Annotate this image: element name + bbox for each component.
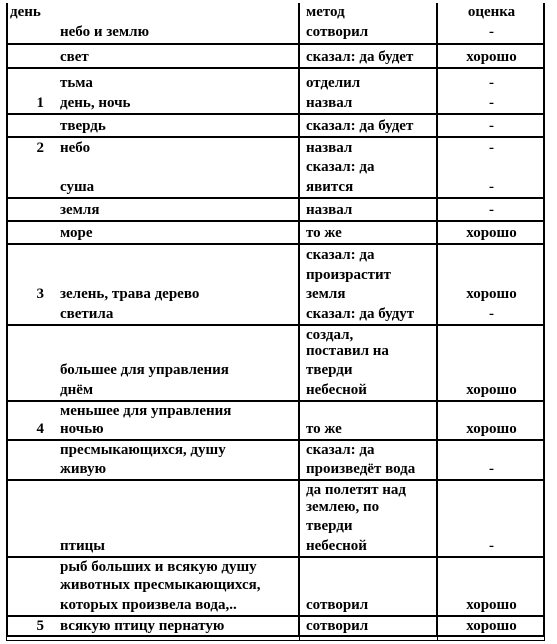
day-number: 4	[6, 420, 56, 440]
day-number: 3	[6, 285, 56, 305]
eval-cell: хорошо	[436, 45, 545, 67]
evaluation-mark: хорошо	[438, 617, 545, 637]
table-row: 4меньшее для управленияночьюто жехорошо	[6, 402, 545, 441]
creation-method: земля	[300, 285, 436, 305]
created-object: рыб больших и всякую душу	[56, 558, 298, 578]
obj-cell: тьмадень, ночь	[56, 69, 298, 113]
table-row: 1тьмадень, ночьотделилназвал--	[6, 69, 545, 115]
creation-method: то же	[300, 224, 436, 244]
day-cell	[6, 326, 56, 400]
creation-method: отделил	[300, 74, 436, 94]
day-number: 5	[6, 617, 56, 637]
day-cell	[6, 45, 56, 67]
eval-cell: хорошо	[436, 617, 545, 635]
evaluation-mark	[438, 576, 545, 596]
first-object-cell: небо и землю	[56, 3, 298, 43]
eval-cell: хорошо	[436, 222, 545, 243]
evaluation-mark: -	[438, 201, 545, 221]
creation-method: назвал	[300, 94, 436, 114]
creation-method: сотворил	[300, 596, 436, 616]
meth-cell: то же	[298, 222, 436, 243]
created-object: живую	[56, 460, 298, 480]
meth-cell: сказал: да будет	[298, 115, 436, 136]
created-object: небо и землю	[56, 23, 298, 43]
eval-cell: --	[436, 69, 545, 113]
creation-method: произрастит	[300, 266, 436, 286]
day-number: 1	[6, 94, 56, 114]
creation-method: поставил на	[300, 342, 436, 362]
created-object: земля	[56, 201, 298, 221]
table-row: 2небосушаназвалсказал: даявится--	[6, 138, 545, 199]
creation-method: сказал: да будут	[300, 305, 436, 325]
table-row: светсказал: да будетхорошо	[6, 45, 545, 69]
day-cell	[6, 199, 56, 220]
evaluation-mark: -	[438, 94, 545, 114]
obj-cell: меньшее для управленияночью	[56, 402, 298, 439]
creation-method: тверди	[300, 517, 436, 537]
eval-cell: -	[436, 199, 545, 220]
day-cell	[6, 222, 56, 243]
created-object: животных пресмыкающихся,	[56, 576, 298, 596]
created-object: птицы	[56, 537, 298, 557]
evaluation-mark: -	[438, 23, 545, 43]
evaluation-mark	[438, 517, 545, 537]
header-method: метод	[300, 3, 436, 23]
evaluation-mark: -	[438, 460, 545, 480]
evaluation-mark	[438, 558, 545, 578]
table-row: земляназвал-	[6, 199, 545, 222]
day-cell	[6, 558, 56, 615]
evaluation-mark: хорошо	[438, 596, 545, 616]
evaluation-mark	[438, 361, 545, 381]
eval-cell: --	[436, 138, 545, 197]
header-evaluation-cell: оценка -	[436, 3, 545, 43]
evaluation-mark: хорошо	[438, 285, 545, 305]
created-object: день, ночь	[56, 94, 298, 114]
eval-cell: хорошо	[436, 326, 545, 400]
header-method-cell: метод сотворил	[298, 3, 436, 43]
table-row: птицыда полетят надземлею, потвердинебес…	[6, 481, 545, 558]
obj-cell: земля	[56, 199, 298, 220]
meth-cell: сотворил	[298, 558, 436, 615]
created-object: пресмыкающихся, душу	[56, 441, 298, 461]
evaluation-mark	[438, 441, 545, 461]
meth-cell: да полетят надземлею, потвердинебесной	[298, 481, 436, 556]
creation-method: явится	[300, 178, 436, 198]
meth-cell: создал,поставил натвердинебесной	[298, 326, 436, 400]
creation-method: сказал: да	[300, 441, 436, 461]
created-object	[56, 517, 298, 537]
table-row: морето жехорошо	[6, 222, 545, 245]
table-row: твердьсказал: да будет-	[6, 115, 545, 138]
eval-cell: хорошо	[436, 402, 545, 439]
meth-cell: назвал	[298, 199, 436, 220]
evaluation-mark: -	[438, 117, 545, 137]
table-row: 3зелень, трава деревосветиласказал: дапр…	[6, 245, 545, 326]
obj-cell: большее для управленияднём	[56, 326, 298, 400]
obj-cell: птицы	[56, 481, 298, 556]
day-cell: 1	[6, 69, 56, 113]
created-object: большее для управления	[56, 361, 298, 381]
creation-method: землею, по	[300, 498, 436, 518]
created-object: твердь	[56, 117, 298, 137]
evaluation-mark: хорошо	[438, 381, 545, 401]
creation-method: небесной	[300, 381, 436, 401]
creation-method: сказал: да будет	[300, 48, 436, 68]
created-object: ночью	[56, 420, 298, 440]
created-object: небо	[56, 139, 298, 159]
obj-cell: рыб больших и всякую душуживотных пресмы…	[56, 558, 298, 615]
meth-cell: сказал: дапроизведёт вода	[298, 441, 436, 479]
day-cell: 3	[6, 245, 56, 324]
table-bottom-border	[6, 637, 545, 641]
obj-cell: зелень, трава деревосветила	[56, 245, 298, 324]
day-number: 2	[6, 139, 56, 159]
creation-table: день небо и землю метод сотворил оценка …	[6, 3, 545, 637]
obj-cell: всякую птицу пернатую	[56, 617, 298, 635]
meth-cell: отделилназвал	[298, 69, 436, 113]
creation-method: произведёт вода	[300, 460, 436, 480]
header-day: день	[6, 3, 56, 23]
created-object: днём	[56, 381, 298, 401]
evaluation-mark: хорошо	[438, 224, 545, 244]
meth-cell: то же	[298, 402, 436, 439]
created-object: тьма	[56, 74, 298, 94]
created-object: всякую птицу пернатую	[56, 617, 298, 637]
created-object	[56, 498, 298, 518]
day-cell	[6, 441, 56, 479]
meth-cell: сказал: дапроизраститземлясказал: да буд…	[298, 245, 436, 324]
eval-cell: -	[436, 481, 545, 556]
creation-method: тверди	[300, 361, 436, 381]
creation-method: сотворил	[300, 617, 436, 637]
creation-method: то же	[300, 420, 436, 440]
obj-cell: небосуша	[56, 138, 298, 197]
evaluation-mark	[438, 266, 545, 286]
day-cell	[6, 481, 56, 556]
created-object	[56, 266, 298, 286]
evaluation-mark: -	[438, 178, 545, 198]
evaluation-mark: -	[438, 305, 545, 325]
creation-method	[300, 558, 436, 578]
eval-cell: -	[436, 441, 545, 479]
created-object: свет	[56, 48, 298, 68]
created-object	[56, 246, 298, 266]
creation-method: сотворил	[300, 23, 436, 43]
creation-method: небесной	[300, 537, 436, 557]
obj-cell: море	[56, 222, 298, 243]
evaluation-mark	[438, 498, 545, 518]
header-row: день небо и землю метод сотворил оценка …	[6, 3, 545, 45]
created-object	[56, 158, 298, 178]
eval-cell: хорошо	[436, 558, 545, 615]
table-row: 5всякую птицу пернатуюсотворилхорошо	[6, 617, 545, 637]
day-cell: 5	[6, 617, 56, 635]
evaluation-mark	[438, 342, 545, 362]
table-row: большее для управленияднёмсоздал,постави…	[6, 326, 545, 402]
created-object: море	[56, 224, 298, 244]
meth-cell: сотворил	[298, 617, 436, 635]
day-cell: 4	[6, 402, 56, 439]
created-object: зелень, трава дерево	[56, 285, 298, 305]
header-day-cell: день	[6, 3, 56, 43]
obj-cell: свет	[56, 45, 298, 67]
evaluation-mark	[438, 158, 545, 178]
evaluation-mark	[438, 246, 545, 266]
creation-method: сказал: да	[300, 158, 436, 178]
creation-method: назвал	[300, 201, 436, 221]
day-cell	[6, 115, 56, 136]
creation-method	[300, 576, 436, 596]
evaluation-mark: хорошо	[438, 48, 545, 68]
obj-cell: пресмыкающихся, душуживую	[56, 441, 298, 479]
evaluation-mark: -	[438, 139, 545, 159]
creation-method: сказал: да	[300, 246, 436, 266]
creation-method: сказал: да будет	[300, 117, 436, 137]
day-cell: 2	[6, 138, 56, 197]
header-evaluation: оценка	[438, 3, 545, 23]
meth-cell: назвалсказал: даявится	[298, 138, 436, 197]
meth-cell: сказал: да будет	[298, 45, 436, 67]
created-object: суша	[56, 178, 298, 198]
eval-cell: -	[436, 115, 545, 136]
created-object	[56, 342, 298, 362]
table-row: пресмыкающихся, душуживуюсказал: дапроиз…	[6, 441, 545, 481]
creation-method: назвал	[300, 139, 436, 159]
table-row: рыб больших и всякую душуживотных пресмы…	[6, 558, 545, 617]
eval-cell: хорошо-	[436, 245, 545, 324]
created-object: светила	[56, 305, 298, 325]
evaluation-mark: -	[438, 537, 545, 557]
created-object: которых произвела вода,..	[56, 596, 298, 616]
evaluation-mark: -	[438, 74, 545, 94]
obj-cell: твердь	[56, 115, 298, 136]
evaluation-mark: хорошо	[438, 420, 545, 440]
